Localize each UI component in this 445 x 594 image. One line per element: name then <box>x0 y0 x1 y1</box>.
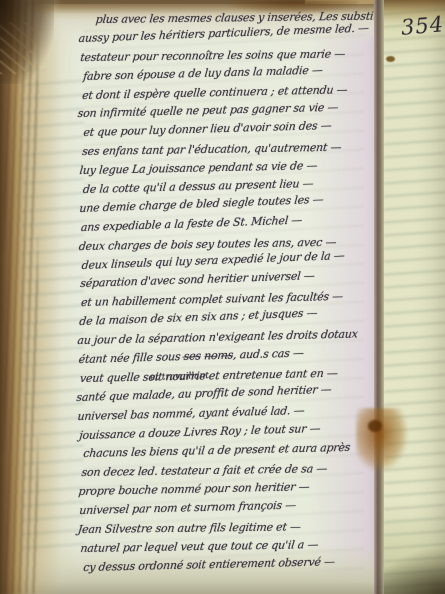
interlinear-insertion: et travaillant <box>150 371 209 383</box>
book-gutter <box>374 0 384 594</box>
handwritten-text-block: plus avec les mesmes clauses y inserées,… <box>76 13 379 580</box>
brown-stain-core <box>368 420 382 432</box>
bottom-right-shadow <box>375 548 445 594</box>
brown-stain <box>356 408 408 472</box>
bleed-through-text-left-margin <box>22 70 84 550</box>
manuscript-photo: plus avec les mesmes clauses y inserées,… <box>0 0 445 594</box>
ink-speck <box>386 56 395 62</box>
page-number: 354 <box>400 12 445 40</box>
facing-page-edge <box>384 0 445 594</box>
